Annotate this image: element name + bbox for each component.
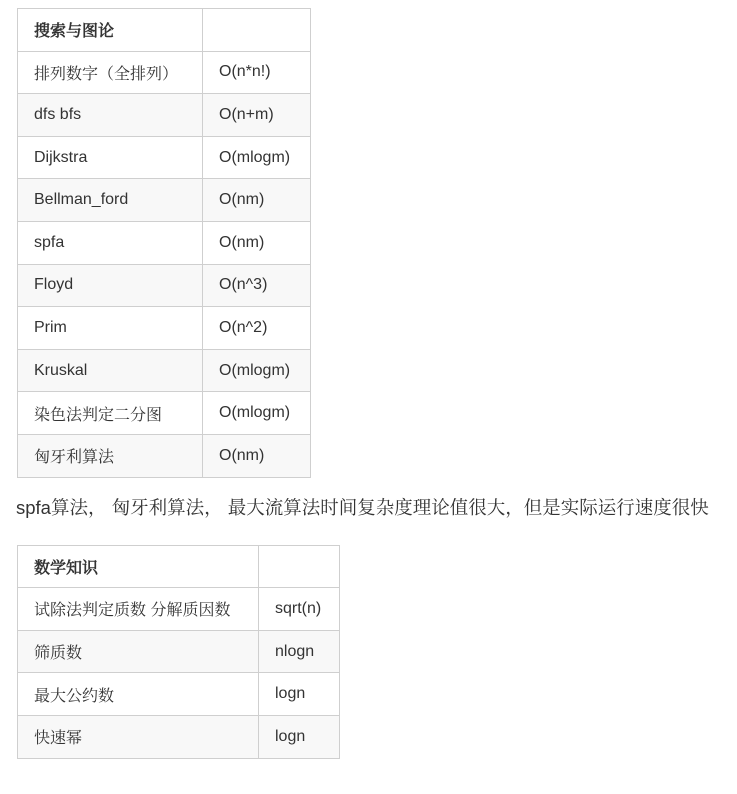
table-header-cell — [259, 545, 340, 588]
complexity-cell: O(nm) — [203, 179, 311, 222]
table-row: 染色法判定二分图 O(mlogm) — [18, 392, 311, 435]
algorithm-cell: Bellman_ford — [18, 179, 203, 222]
table-header-cell: 搜索与图论 — [18, 9, 203, 52]
complexity-cell: O(n^3) — [203, 264, 311, 307]
algorithm-cell: Prim — [18, 307, 203, 350]
table-row: Dijkstra O(mlogm) — [18, 136, 311, 179]
complexity-cell: O(mlogm) — [203, 136, 311, 179]
complexity-cell: O(n*n!) — [203, 51, 311, 94]
algorithm-cell: 匈牙利算法 — [18, 434, 203, 477]
complexity-cell: O(nm) — [203, 434, 311, 477]
table-row: Bellman_ford O(nm) — [18, 179, 311, 222]
complexity-cell: O(mlogm) — [203, 392, 311, 435]
algorithm-cell: dfs bfs — [18, 94, 203, 137]
algorithm-cell: 快速幂 — [18, 715, 259, 758]
table-row: spfa O(nm) — [18, 221, 311, 264]
note-paragraph: spfa算法， 匈牙利算法， 最大流算法时间复杂度理论值很大，但是实际运行速度很… — [16, 492, 728, 523]
table-row: 匈牙利算法 O(nm) — [18, 434, 311, 477]
algorithm-cell: spfa — [18, 221, 203, 264]
table-row: 快速幂 logn — [18, 715, 340, 758]
table-header-cell — [203, 9, 311, 52]
table-row: Prim O(n^2) — [18, 307, 311, 350]
complexity-cell: logn — [259, 673, 340, 716]
math-complexity-table: 数学知识 试除法判定质数 分解质因数 sqrt(n) 筛质数 nlogn 最大公… — [17, 545, 340, 759]
algorithm-cell: Kruskal — [18, 349, 203, 392]
complexity-cell: O(n+m) — [203, 94, 311, 137]
table-header-row: 搜索与图论 — [18, 9, 311, 52]
algorithm-cell: Floyd — [18, 264, 203, 307]
graph-search-complexity-table: 搜索与图论 排列数字（全排列） O(n*n!) dfs bfs O(n+m) D… — [17, 8, 311, 478]
table-row: 最大公约数 logn — [18, 673, 340, 716]
algorithm-cell: Dijkstra — [18, 136, 203, 179]
complexity-cell: O(mlogm) — [203, 349, 311, 392]
table-row: 筛质数 nlogn — [18, 630, 340, 673]
complexity-cell: logn — [259, 715, 340, 758]
algorithm-cell: 排列数字（全排列） — [18, 51, 203, 94]
table-row: 排列数字（全排列） O(n*n!) — [18, 51, 311, 94]
complexity-cell: sqrt(n) — [259, 588, 340, 631]
table-row: 试除法判定质数 分解质因数 sqrt(n) — [18, 588, 340, 631]
algorithm-cell: 染色法判定二分图 — [18, 392, 203, 435]
table-header-row: 数学知识 — [18, 545, 340, 588]
table-row: Kruskal O(mlogm) — [18, 349, 311, 392]
algorithm-cell: 最大公约数 — [18, 673, 259, 716]
complexity-cell: O(nm) — [203, 221, 311, 264]
table-row: dfs bfs O(n+m) — [18, 94, 311, 137]
document: 搜索与图论 排列数字（全排列） O(n*n!) dfs bfs O(n+m) D… — [17, 8, 727, 759]
complexity-cell: O(n^2) — [203, 307, 311, 350]
complexity-cell: nlogn — [259, 630, 340, 673]
algorithm-cell: 试除法判定质数 分解质因数 — [18, 588, 259, 631]
table-header-cell: 数学知识 — [18, 545, 259, 588]
algorithm-cell: 筛质数 — [18, 630, 259, 673]
table-row: Floyd O(n^3) — [18, 264, 311, 307]
